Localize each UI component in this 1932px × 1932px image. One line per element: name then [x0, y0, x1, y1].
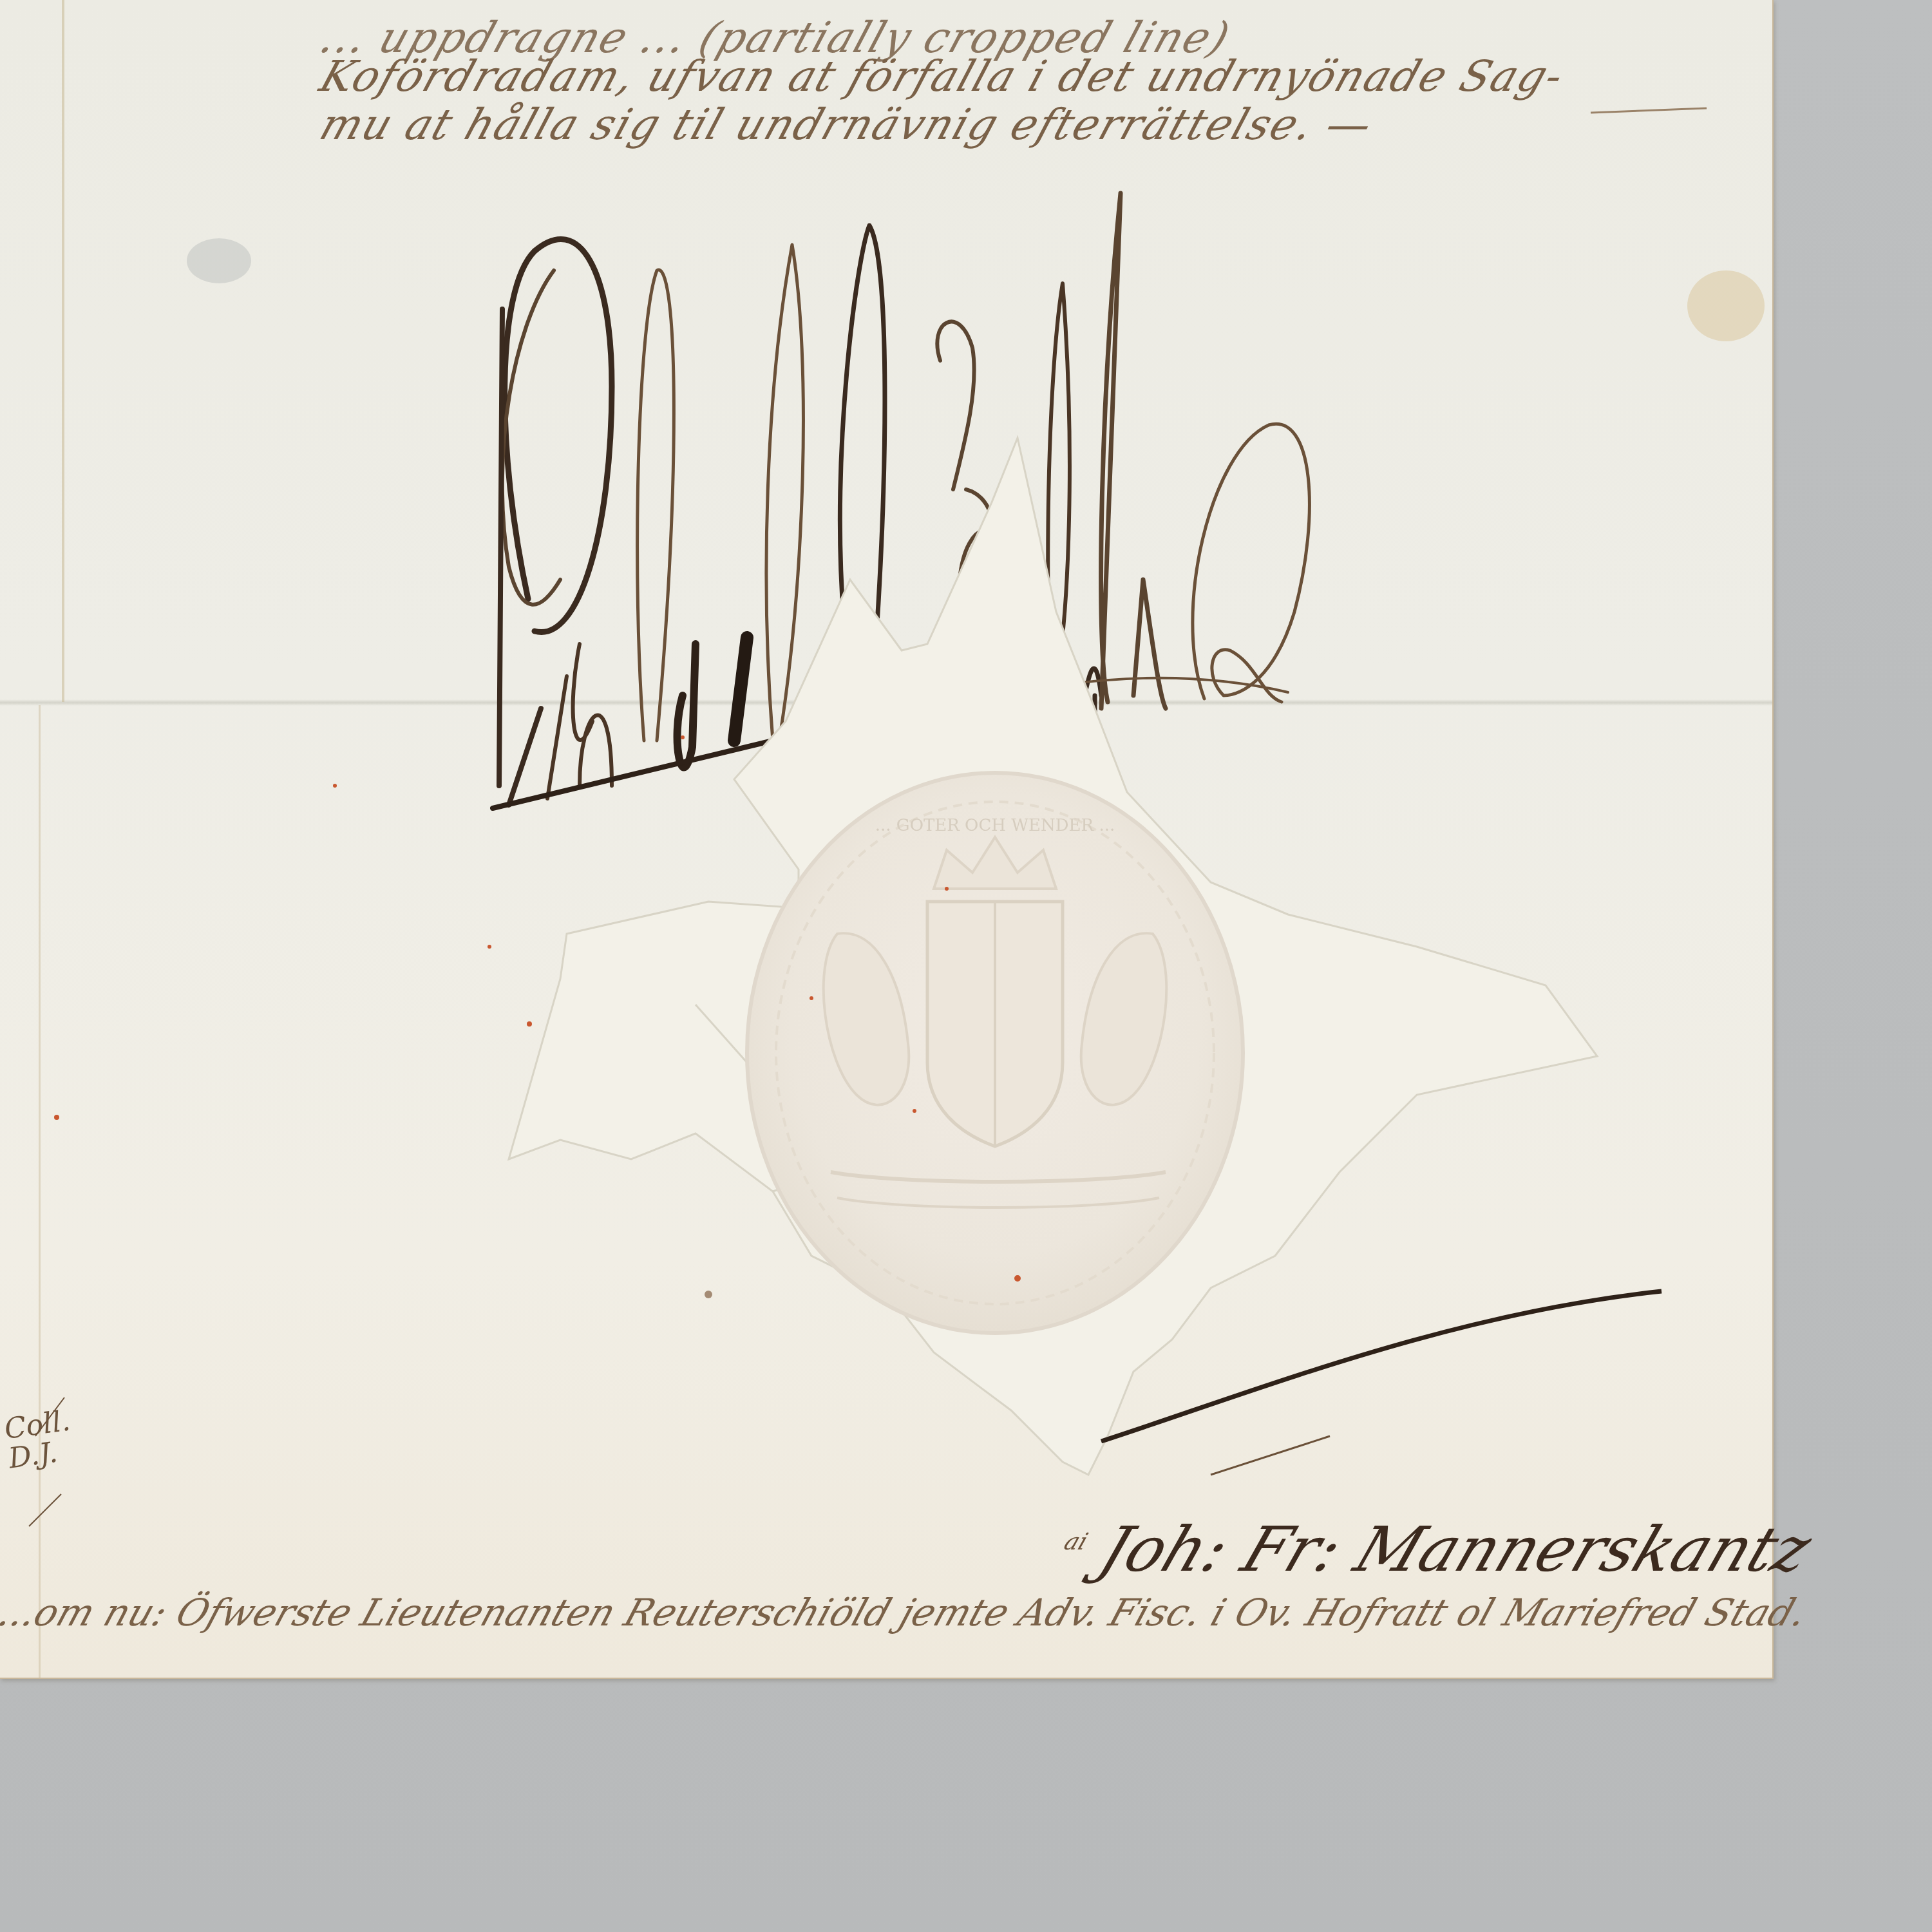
countersign-rules — [0, 0, 1932, 1932]
countersignature-name: Joh: Fr: Mannerskantz — [1090, 1513, 1821, 1586]
docket-footer-line: ...om nu: Öfwerste Lieutenanten Reutersc… — [0, 1591, 1812, 1634]
countersignature: ai Joh: Fr: Mannerskantz — [1050, 1513, 1821, 1586]
